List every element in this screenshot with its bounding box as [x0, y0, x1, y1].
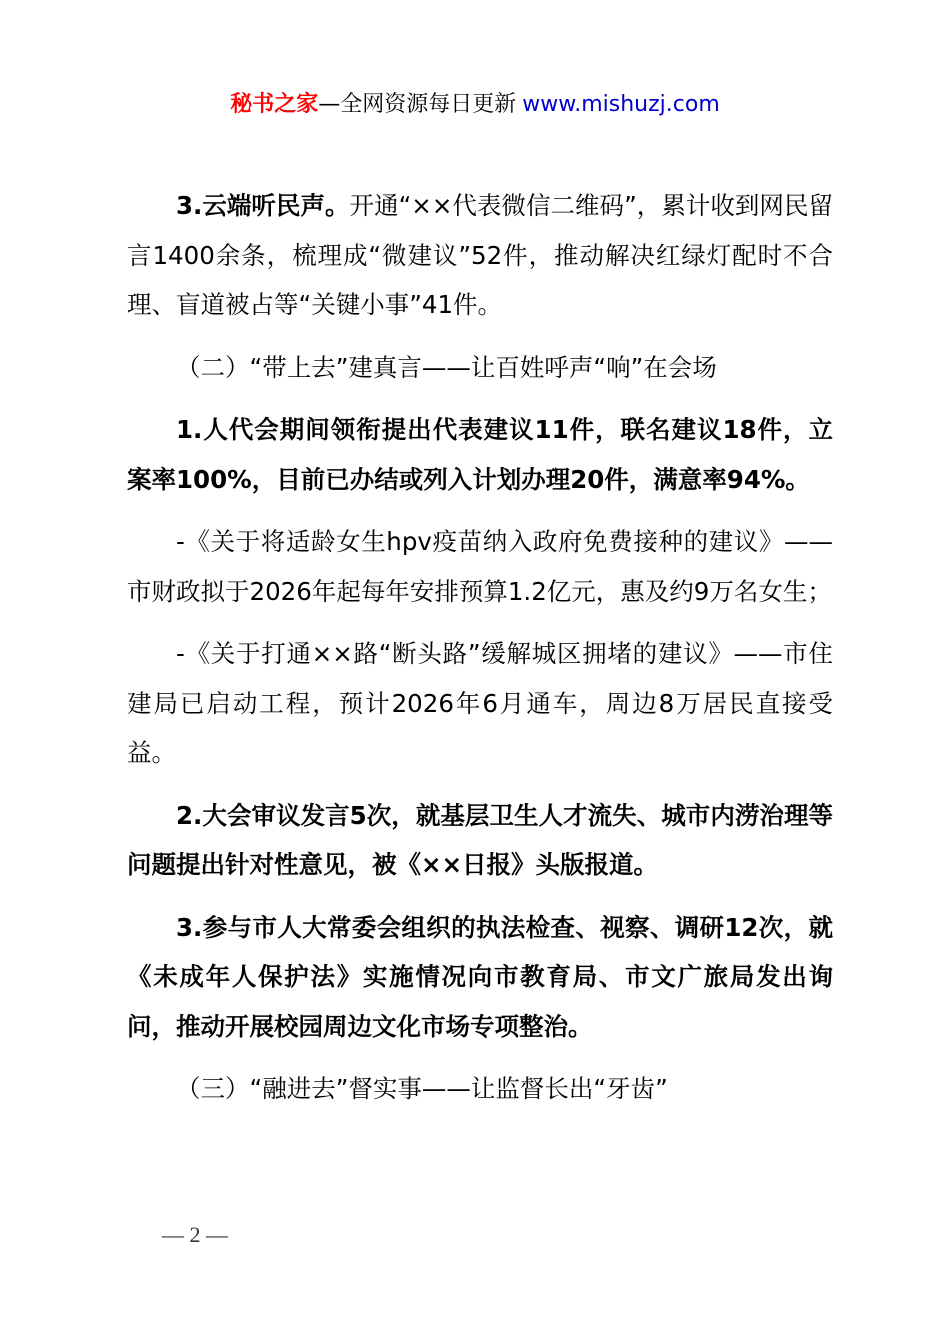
site-url-link[interactable]: www.mishuzj.com — [522, 92, 719, 117]
site-watermark-header: 秘书之家—全网资源每日更新www.mishuzj.com — [0, 88, 950, 122]
page-number: — 2 — — [162, 1222, 228, 1248]
document-body: 3.云端听民声。开通“××代表微信二维码”，累计收到网民留言1400余条，梳理成… — [127, 181, 833, 1127]
paragraph-inspections: 3.参与市人大常委会组织的执法检查、视察、调研12次，就《未成年人保护法》实施情… — [127, 903, 833, 1052]
brand-name: 秘书之家 — [230, 92, 318, 117]
list-item-hpv-proposal: -《关于将适龄女生hpv疫苗纳入政府免费接种的建议》——市财政拟于2026年起每… — [127, 517, 833, 616]
list-item-road-proposal: -《关于打通××路“断头路”缓解城区拥堵的建议》——市住建局已启动工程，预计20… — [127, 629, 833, 778]
section-heading-2: （二）“带上去”建真言——让百姓呼声“响”在会场 — [127, 343, 833, 393]
section-heading-3: （三）“融进去”督实事——让监督长出“牙齿” — [127, 1064, 833, 1114]
paragraph-cloud-listening: 3.云端听民声。开通“××代表微信二维码”，累计收到网民留言1400余条，梳理成… — [127, 181, 833, 330]
paragraph-deliberation-speeches: 2.大会审议发言5次，就基层卫生人才流失、城市内涝治理等问题提出针对性意见，被《… — [127, 791, 833, 890]
paragraph-lead-bold: 3.云端听民声。 — [176, 191, 350, 220]
paragraph-proposals-summary: 1.人代会期间领衔提出代表建议11件，联名建议18件，立案率100%，目前已办结… — [127, 405, 833, 504]
header-tagline: —全网资源每日更新 — [318, 92, 516, 117]
